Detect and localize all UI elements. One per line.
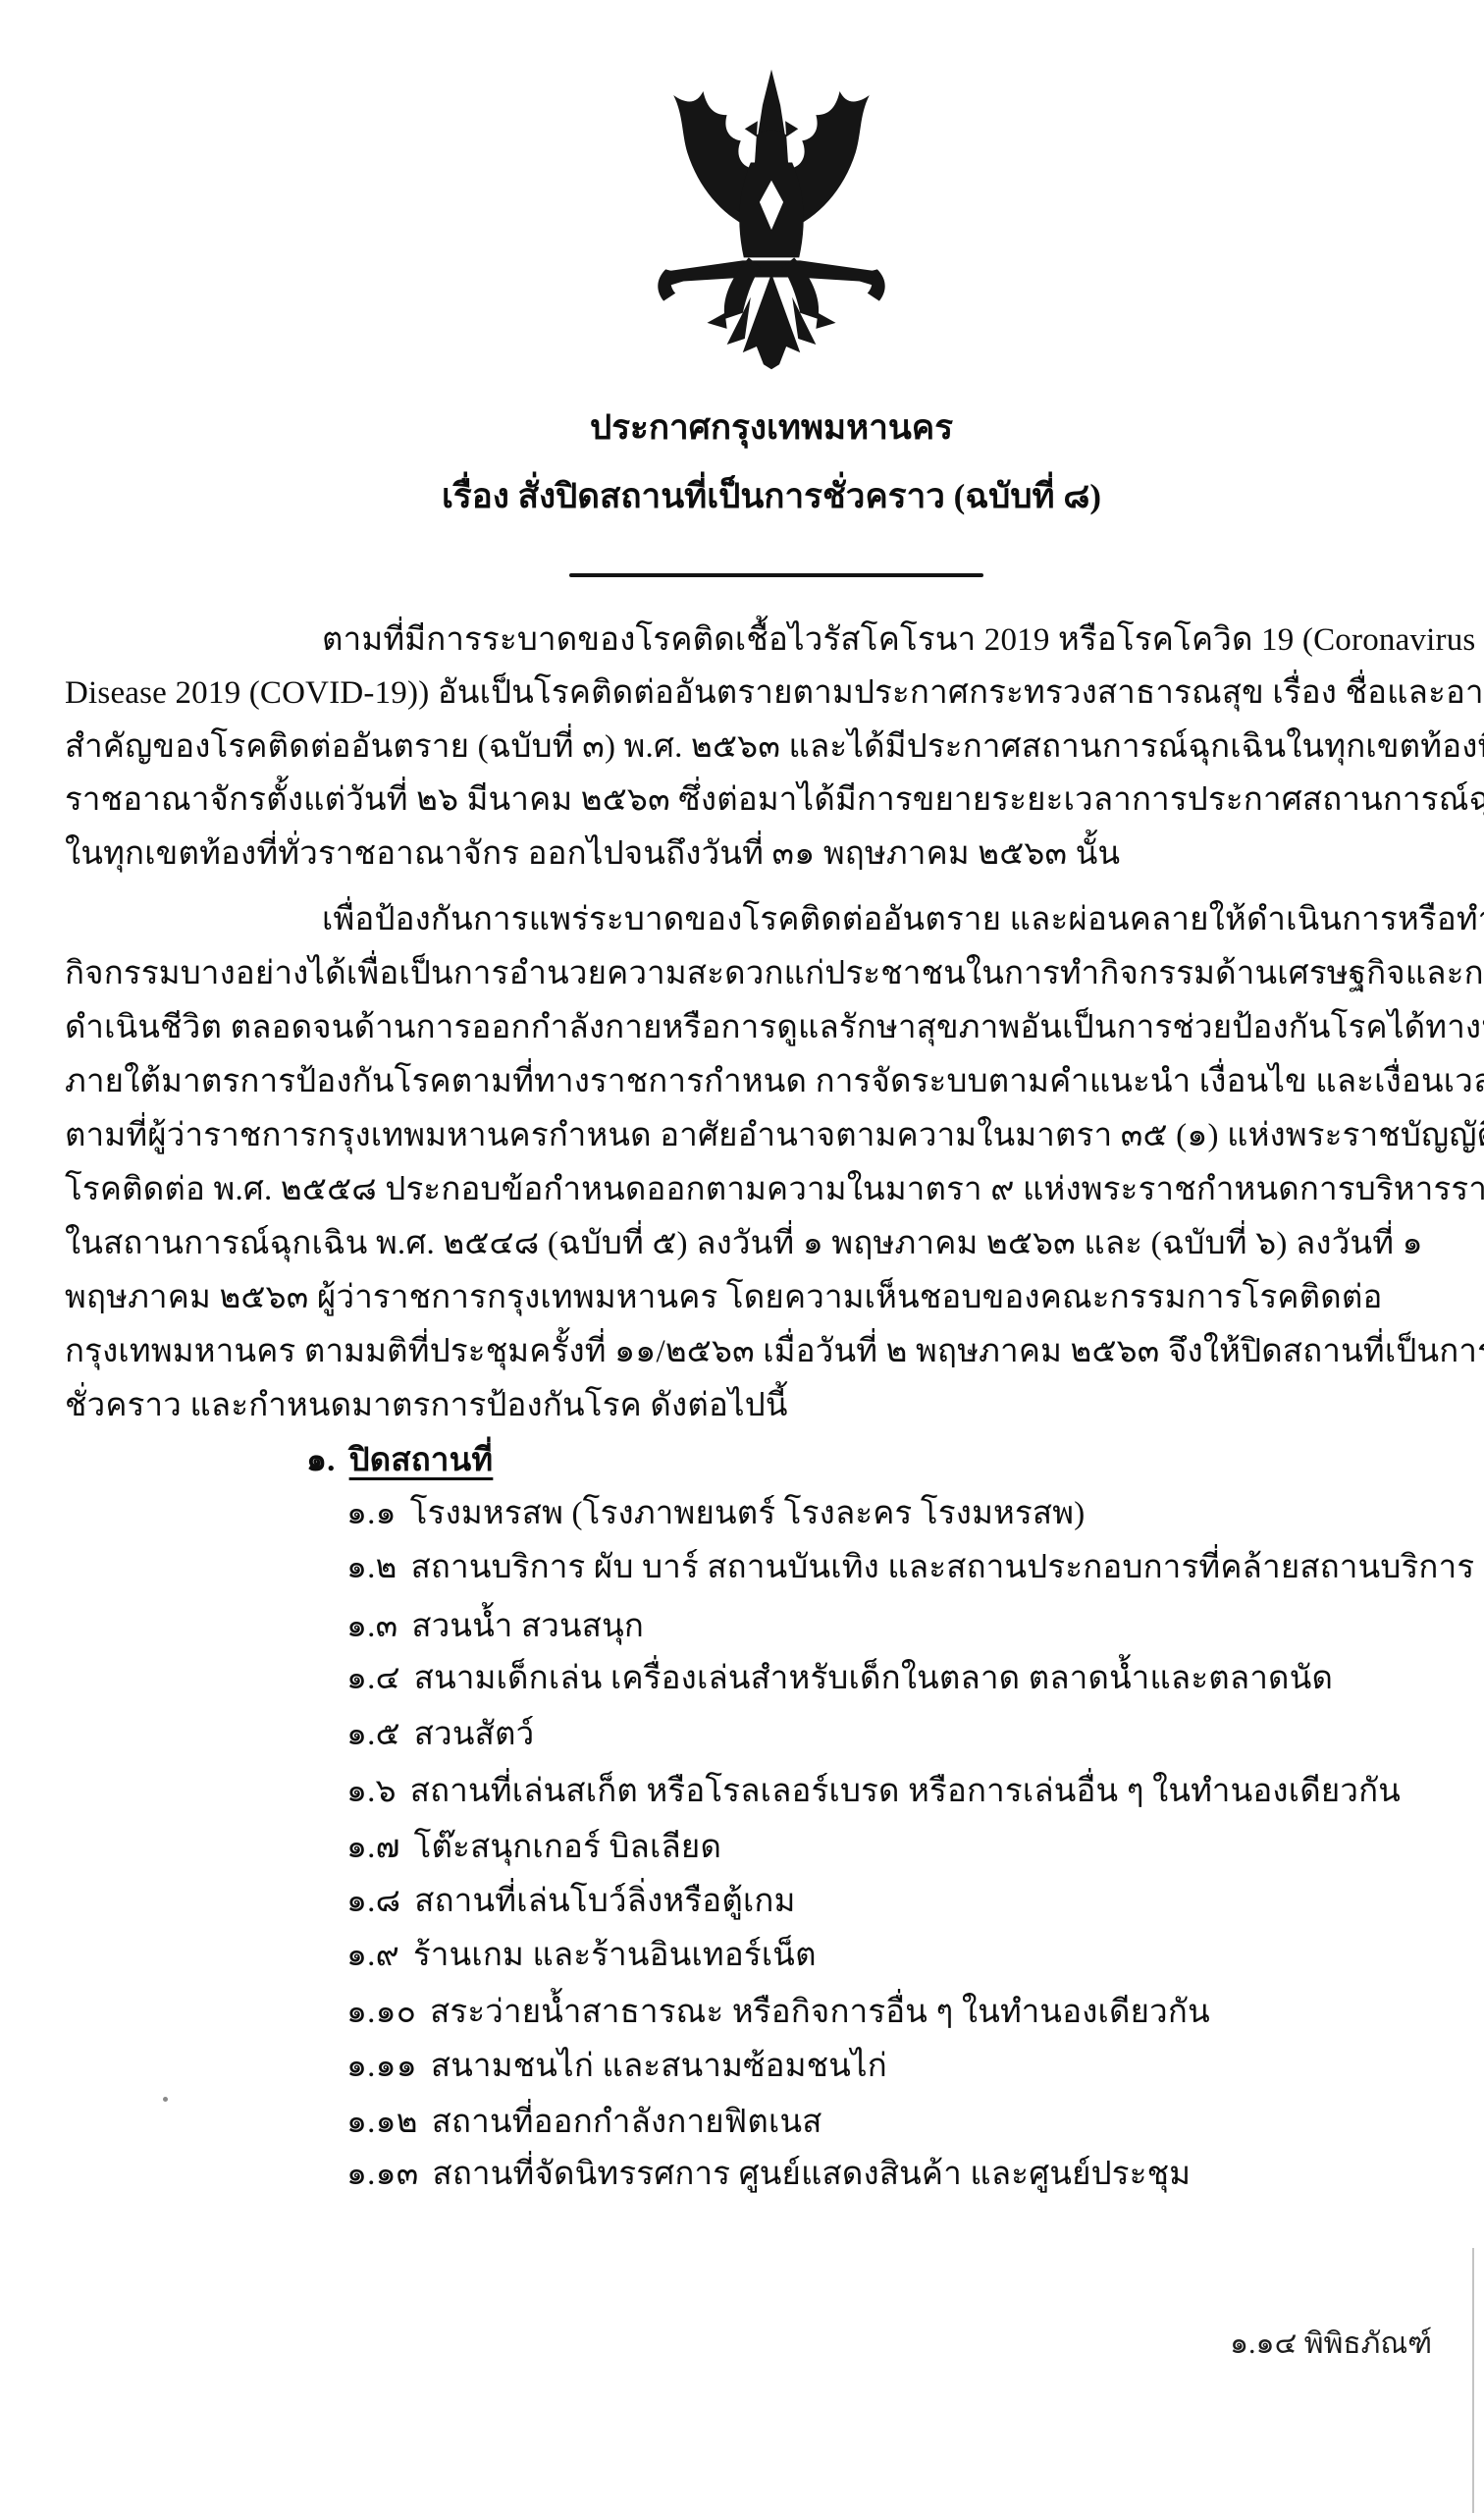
list-item-number: ๑.๑๐ bbox=[346, 1986, 416, 2040]
list-item-text: โรงมหรสพ (โรงภาพยนตร์ โรงละคร โรงมหรสพ) bbox=[410, 1496, 1086, 1531]
page-title: ประกาศกรุงเทพมหานคร bbox=[29, 401, 1484, 454]
body-line: กิจกรรมบางอย่างได้เพื่อเป็นการอำนวยความส… bbox=[65, 947, 1484, 1001]
list-item-number: ๑.๙ bbox=[346, 1929, 399, 1983]
list-item-text: สวนน้ำ สวนสนุก bbox=[411, 1609, 644, 1644]
list-item-text: สระว่ายน้ำสาธารณะ หรือกิจการอื่น ๆ ในทำน… bbox=[430, 1995, 1210, 2030]
list-item-text: สวนสัตว์ bbox=[414, 1717, 535, 1752]
section-title: ปิดสถานที่ bbox=[349, 1443, 494, 1478]
body-line: ราชอาณาจักรตั้งแต่วันที่ ๒๖ มีนาคม ๒๕๖๓ … bbox=[65, 774, 1484, 828]
body-line: ภายใต้มาตรการป้องกันโรคตามที่ทางราชการกำ… bbox=[65, 1055, 1484, 1109]
garuda-emblem-icon bbox=[648, 63, 895, 371]
document-page: ประกาศกรุงเทพมหานคร เรื่อง สั่งปิดสถานที… bbox=[0, 0, 1484, 2513]
list-item: ๑.๑โรงมหรสพ (โรงภาพยนตร์ โรงละคร โรงมหรส… bbox=[346, 1487, 1085, 1541]
list-item-number: ๑.๓ bbox=[346, 1600, 397, 1654]
closure-section-heading: ๑.ปิดสถานที่ bbox=[306, 1434, 493, 1488]
list-item-number: ๑.๗ bbox=[346, 1821, 400, 1875]
list-item-text: สถานที่จัดนิทรรศการ ศูนย์แสดงสินค้า และศ… bbox=[433, 2157, 1192, 2192]
body-line: ตามที่มีการระบาดของโรคติดเชื้อไวรัสโคโรน… bbox=[322, 614, 1475, 668]
list-item-number: ๑.๕ bbox=[346, 1708, 400, 1762]
body-line: ในทุกเขตท้องที่ทั่วราชอาณาจักร ออกไปจนถึ… bbox=[65, 828, 1120, 882]
body-line: ตามที่ผู้ว่าราชการกรุงเทพมหานครกำหนด อาศ… bbox=[65, 1109, 1484, 1163]
list-item: ๑.๙ร้านเกม และร้านอินเทอร์เน็ต bbox=[346, 1929, 817, 1983]
list-item-number: ๑.๑๑ bbox=[346, 2040, 417, 2094]
body-line: กรุงเทพมหานคร ตามมติที่ประชุมครั้งที่ ๑๑… bbox=[65, 1325, 1484, 1379]
list-item-text: สถานที่เล่นโบว์ลิ่งหรือตู้เกม bbox=[414, 1884, 795, 1919]
list-item-number: ๑.๑๒ bbox=[346, 2096, 418, 2150]
section-number: ๑. bbox=[306, 1434, 336, 1488]
list-item-number: ๑.๑ bbox=[346, 1487, 397, 1541]
list-item: ๑.๔สนามเด็กเล่น เครื่องเล่นสำหรับเด็กในต… bbox=[346, 1652, 1333, 1706]
list-item: ๑.๒สถานบริการ ผับ บาร์ สถานบันเทิง และสถ… bbox=[346, 1541, 1474, 1595]
list-item-text: สนามชนไก่ และสนามซ้อมชนไก่ bbox=[431, 2049, 887, 2084]
list-item: ๑.๑๓สถานที่จัดนิทรรศการ ศูนย์แสดงสินค้า … bbox=[346, 2148, 1191, 2202]
body-line: Disease 2019 (COVID-19)) อันเป็นโรคติดต่… bbox=[65, 667, 1484, 721]
body-line: โรคติดต่อ พ.ศ. ๒๕๕๘ ประกอบข้อกำหนดออกตาม… bbox=[65, 1163, 1484, 1217]
list-item: ๑.๑๒สถานที่ออกกำลังกายฟิตเนส bbox=[346, 2096, 822, 2150]
list-item-number: ๑.๒ bbox=[346, 1541, 397, 1595]
body-line: พฤษภาคม ๒๕๖๓ ผู้ว่าราชการกรุงเทพมหานคร โ… bbox=[65, 1271, 1383, 1325]
scan-speck-artifact bbox=[163, 2097, 168, 2102]
list-item: ๑.๘สถานที่เล่นโบว์ลิ่งหรือตู้เกม bbox=[346, 1875, 796, 1929]
list-item: ๑.๗โต๊ะสนุกเกอร์ บิลเลียด bbox=[346, 1821, 721, 1875]
scan-edge-artifact bbox=[1472, 2248, 1474, 2513]
list-item: ๑.๓สวนน้ำ สวนสนุก bbox=[346, 1600, 644, 1654]
list-item-text: สถานที่เล่นสเก็ต หรือโรลเลอร์เบรด หรือกา… bbox=[410, 1774, 1401, 1809]
list-item-text: สถานที่ออกกำลังกายฟิตเนส bbox=[432, 2105, 822, 2140]
list-item-text: ร้านเกม และร้านอินเทอร์เน็ต bbox=[413, 1938, 817, 1973]
body-line: เพื่อป้องกันการแพร่ระบาดของโรคติดต่ออันต… bbox=[322, 893, 1484, 947]
list-item-number: ๑.๔ bbox=[346, 1652, 400, 1706]
list-item: ๑.๕สวนสัตว์ bbox=[346, 1708, 534, 1762]
list-item: ๑.๑๐สระว่ายน้ำสาธารณะ หรือกิจการอื่น ๆ ใ… bbox=[346, 1986, 1210, 2040]
body-line: ในสถานการณ์ฉุกเฉิน พ.ศ. ๒๕๔๘ (ฉบับที่ ๕)… bbox=[65, 1217, 1423, 1271]
list-item: ๑.๑๑สนามชนไก่ และสนามซ้อมชนไก่ bbox=[346, 2040, 887, 2094]
document-subject: เรื่อง สั่งปิดสถานที่เป็นการชั่วคราว (ฉบ… bbox=[29, 469, 1484, 523]
list-item-number: ๑.๖ bbox=[346, 1765, 397, 1819]
list-item-text: สนามเด็กเล่น เครื่องเล่นสำหรับเด็กในตลาด… bbox=[414, 1661, 1333, 1696]
list-item: ๑.๖สถานที่เล่นสเก็ต หรือโรลเลอร์เบรด หรื… bbox=[346, 1765, 1401, 1819]
body-line: ชั่วคราว และกำหนดมาตรการป้องกันโรค ดังต่… bbox=[65, 1379, 788, 1433]
list-item-text: โต๊ะสนุกเกอร์ บิลเลียด bbox=[414, 1830, 721, 1865]
title-divider bbox=[569, 573, 983, 577]
list-item-number: ๑.๑๓ bbox=[346, 2148, 419, 2202]
list-item-number: ๑.๘ bbox=[346, 1875, 400, 1929]
list-item-text: สถานบริการ ผับ บาร์ สถานบันเทิง และสถานป… bbox=[411, 1550, 1475, 1585]
body-line: ดำเนินชีวิต ตลอดจนด้านการออกกำลังกายหรือ… bbox=[65, 1001, 1484, 1055]
body-line: สำคัญของโรคติดต่ออันตราย (ฉบับที่ ๓) พ.ศ… bbox=[65, 721, 1484, 775]
page-continuation-note: ๑.๑๔ พิพิธภัณฑ์ bbox=[1230, 2317, 1432, 2371]
